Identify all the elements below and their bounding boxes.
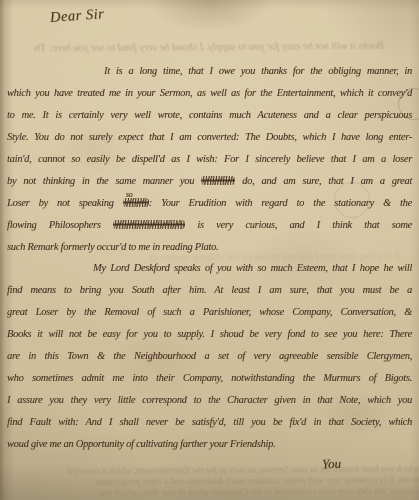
letter-line: flowing Philosophers is very curious, an… [7,220,412,231]
letter-line: find Fault with: And I shall never be sa… [7,417,412,428]
letter-line: Style. You do not surely expect that I a… [7,132,412,143]
bleed-through-text: which you have treated me in your Sermon… [0,465,419,478]
letter-line: such Remark formerly occur'd to me in re… [7,242,218,253]
letter-line: to me. It is certainly very well wrote, … [7,110,412,121]
scribble-deletion [201,176,235,185]
letter-line: I assure you they very little correspond… [7,395,412,406]
letter-line: It is a long time, that I owe you thanks… [104,66,412,77]
letter-line: by not thinking in the same manner you d… [7,176,412,187]
letter-line: Loser by not speaking so: Your Erudition… [7,198,412,209]
line-text: by not thinking in the same manner you [7,176,194,187]
letter-line: woud give me an Opportunity of cultivati… [7,439,275,450]
catchword: You [322,456,342,473]
bleed-through-text: Books it will not be easy for you to sup… [34,41,384,54]
line-text: Loser by not speaking [7,198,114,209]
salutation: Dear Sir [49,6,104,27]
letter-line: My Lord Deskford speaks of you with so m… [93,263,412,274]
letter-line: are in this Town & the Neighbourhood a s… [7,351,412,362]
letter-line: find means to bring you South after him.… [7,285,412,296]
letter-line: Books it will not be easy for you to sup… [7,329,412,340]
scribble-deletion: so [123,198,149,207]
line-text: flowing Philosophers [7,220,101,231]
line-text: do, and am sure, that I am a great [242,176,412,187]
letter-line: great Loser by the Removal of such a Par… [7,307,412,318]
letter-line: tain'd, cannot so easily be dispell'd as… [7,154,412,165]
letter-page: Books it will not be easy for you to sup… [0,0,419,500]
line-text: : Your Erudition with regard to the stat… [149,198,412,209]
letter-line: who sometimes admit me into their Compan… [7,373,412,384]
bleed-through-text: to me. It is certainly very well wrote, … [0,476,419,489]
interlinear-insertion: so [126,189,133,200]
letter-line: which you have treated me in your Sermon… [7,88,412,99]
line-text: is very curious, and I think that some [197,220,412,231]
scribble-deletion [113,220,185,229]
bleed-through-text: I assure you they very little correspond… [0,487,419,500]
